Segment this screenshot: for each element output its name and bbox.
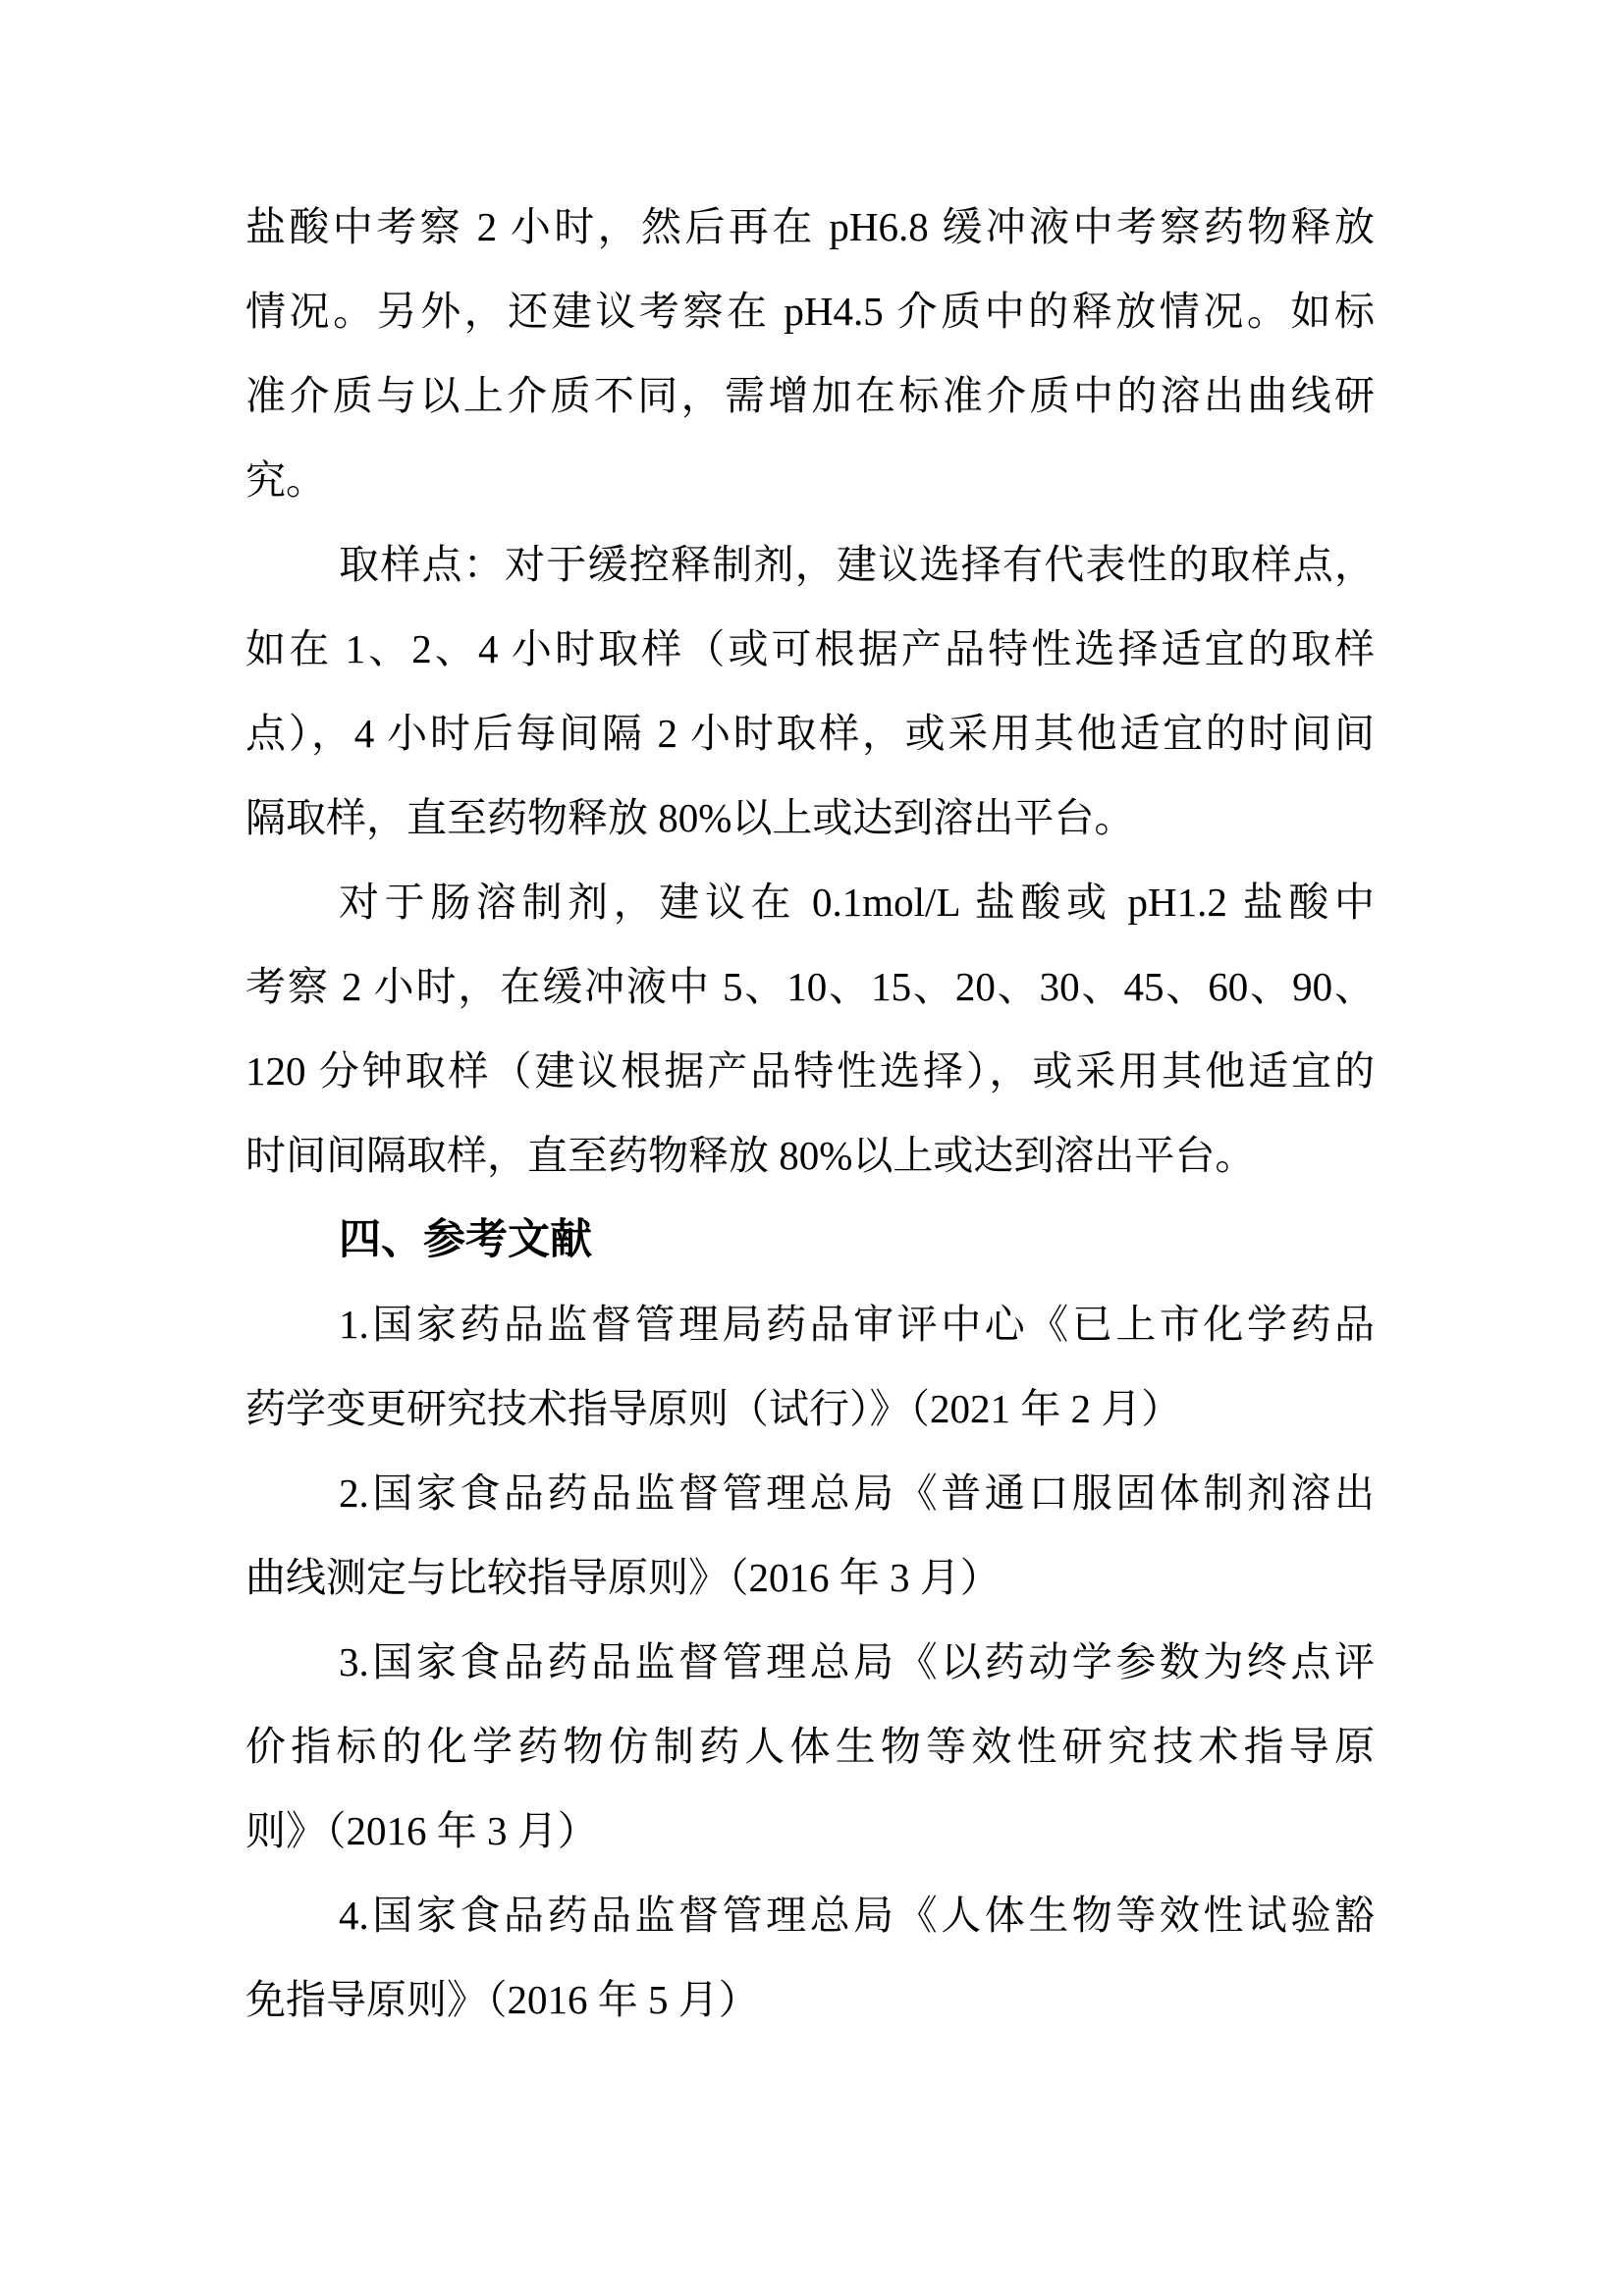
text-line: 2.国家食品药品监督管理总局《普通口服固体制剂溶出: [245, 1451, 1375, 1535]
text-line: 准介质与以上介质不同，需增加在标准介质中的溶出曲线研: [245, 353, 1375, 438]
text-line: 免指导原则》（2016 年 5 月）: [245, 1957, 1375, 2042]
text-line: 点），4 小时后每间隔 2 小时取样，或采用其他适宜的时间间: [245, 691, 1375, 775]
text-line: 时间间隔取样，直至药物释放 80%以上或达到溶出平台。: [245, 1113, 1375, 1198]
text-line: 1.国家药品监督管理局药品审评中心《已上市化学药品: [245, 1282, 1375, 1366]
text-line: 药学变更研究技术指导原则（试行）》（2021 年 2 月）: [245, 1366, 1375, 1451]
text-line: 4.国家食品药品监督管理总局《人体生物等效性试验豁: [245, 1873, 1375, 1957]
text-line: 如在 1、2、4 小时取样（或可根据产品特性选择适宜的取样: [245, 607, 1375, 691]
section-heading-references: 四、参考文献: [245, 1198, 1375, 1282]
text-line: 究。: [245, 438, 1375, 522]
text-line: 3.国家食品药品监督管理总局《以药动学参数为终点评: [245, 1620, 1375, 1704]
text-line: 盐酸中考察 2 小时，然后再在 pH6.8 缓冲液中考察药物释放: [245, 185, 1375, 269]
document-page: 盐酸中考察 2 小时，然后再在 pH6.8 缓冲液中考察药物释放情况。另外，还建…: [0, 0, 1624, 2296]
text-line: 对于肠溶制剂，建议在 0.1mol/L 盐酸或 pH1.2 盐酸中: [245, 860, 1375, 944]
text-line: 曲线测定与比较指导原则》（2016 年 3 月）: [245, 1535, 1375, 1620]
text-line: 则》（2016 年 3 月）: [245, 1789, 1375, 1873]
page-content: 盐酸中考察 2 小时，然后再在 pH6.8 缓冲液中考察药物释放情况。另外，还建…: [245, 185, 1375, 2042]
text-line: 考察 2 小时，在缓冲液中 5、10、15、20、30、45、60、90、: [245, 944, 1375, 1029]
text-line: 隔取样，直至药物释放 80%以上或达到溶出平台。: [245, 775, 1375, 860]
text-line: 情况。另外，还建议考察在 pH4.5 介质中的释放情况。如标: [245, 269, 1375, 353]
text-line: 取样点：对于缓控释制剂，建议选择有代表性的取样点，: [245, 522, 1375, 607]
text-line: 120 分钟取样（建议根据产品特性选择），或采用其他适宜的: [245, 1029, 1375, 1113]
text-line: 价指标的化学药物仿制药人体生物等效性研究技术指导原: [245, 1704, 1375, 1789]
